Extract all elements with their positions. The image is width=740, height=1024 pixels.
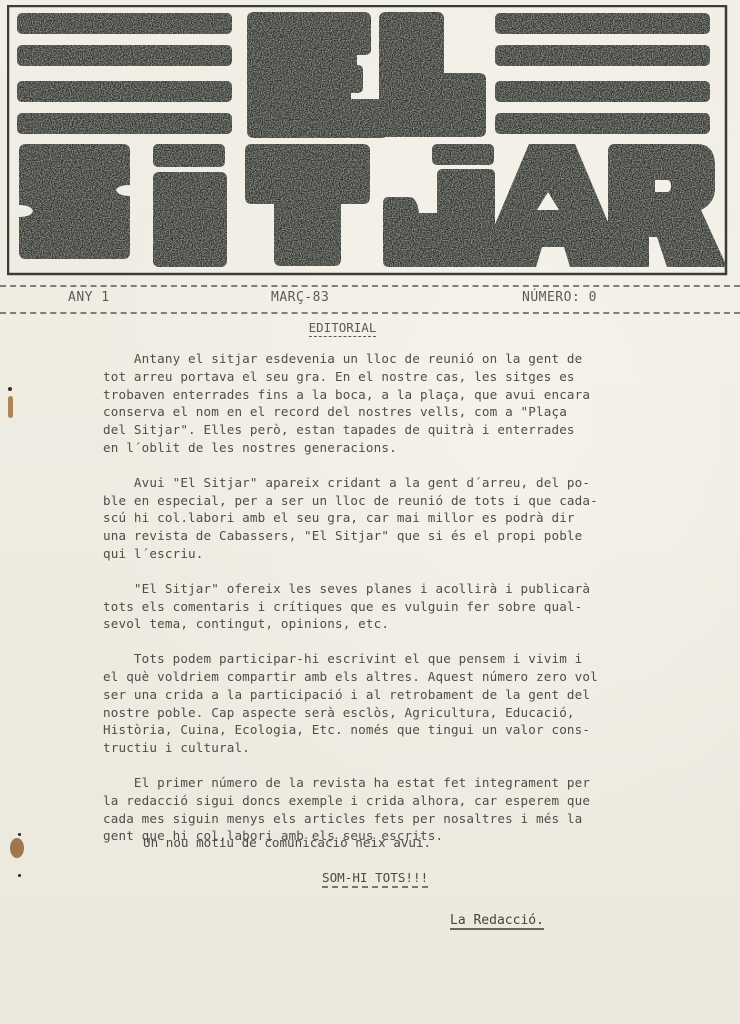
- issue-year: ANY 1: [68, 290, 110, 305]
- slogan: SOM-HI TOTS!!!: [322, 870, 428, 888]
- header-rule-top: [0, 285, 740, 287]
- paragraph: Antany el sitjar esdevenia un lloc de re…: [103, 350, 723, 457]
- editorial-body: Antany el sitjar esdevenia un lloc de re…: [103, 350, 723, 862]
- paragraph: Avui "El Sitjar" apareix cridant a la ge…: [103, 474, 723, 563]
- newsletter-page: ANY 1 MARÇ-83 NÚMERO: 0 EDITORIAL Antany…: [0, 0, 740, 1024]
- section-title: EDITORIAL: [0, 320, 740, 335]
- masthead: [7, 5, 729, 277]
- section-title-text: EDITORIAL: [309, 320, 377, 337]
- stain-mark: [18, 833, 21, 836]
- paragraph: "El Sitjar" ofereix les seves planes i a…: [103, 580, 723, 633]
- signature: La Redacció.: [450, 913, 544, 930]
- closing-line: Un nou motiu de comunicació neix avui.: [143, 835, 431, 850]
- masthead-logo: [7, 5, 729, 277]
- issue-number: NÚMERO: 0: [522, 290, 597, 305]
- stain-mark: [18, 874, 21, 877]
- stain-mark: [8, 396, 13, 418]
- stain-mark: [8, 387, 12, 391]
- paragraph: Tots podem participar-hi escrivint el qu…: [103, 650, 723, 757]
- stain-mark: [10, 838, 24, 858]
- issue-date: MARÇ-83: [271, 290, 329, 305]
- header-rule-bottom: [0, 312, 740, 314]
